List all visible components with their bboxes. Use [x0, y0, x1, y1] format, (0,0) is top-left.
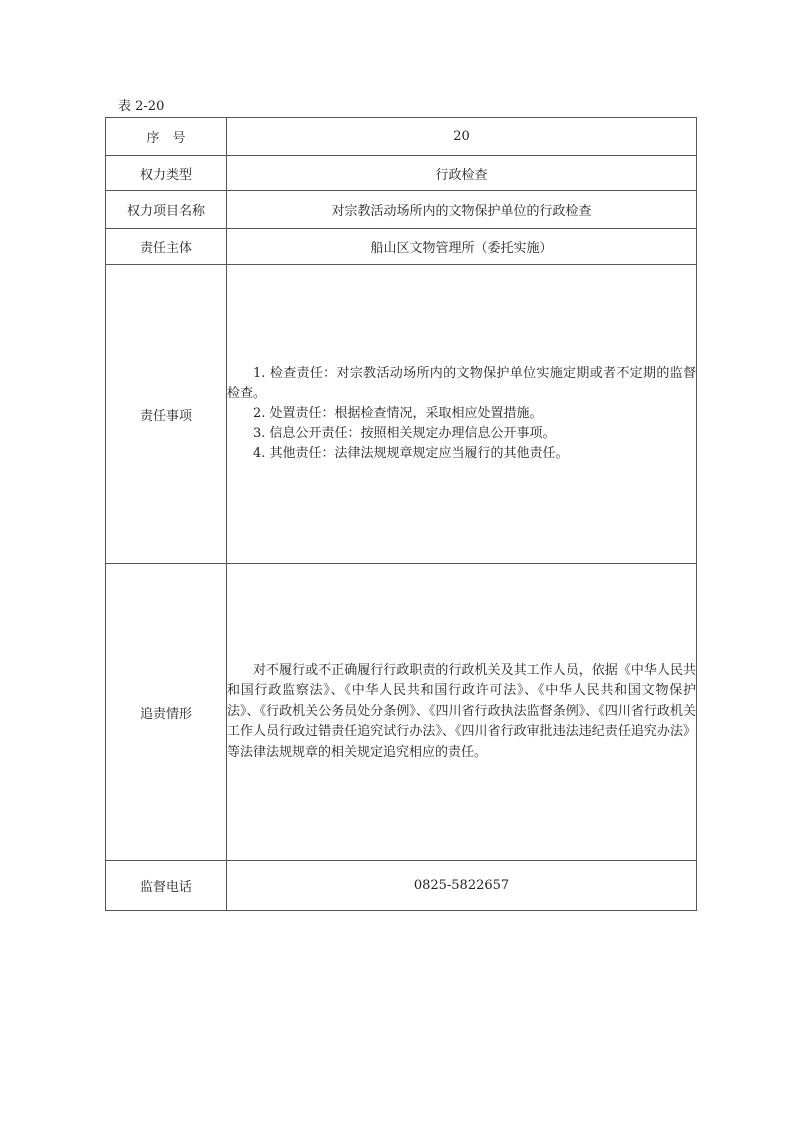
table-row-responsible-body: 责任主体 船山区文物管理所（委托实施） [106, 229, 697, 265]
responsible-body-label: 责任主体 [106, 229, 227, 265]
accountability-text: 对不履行或不正确履行行政职责的行政机关及其工作人员，依据《中华人民共和国行政监察… [227, 661, 696, 764]
power-item-table: 序 号 20 权力类型 行政检查 权力项目名称 对宗教活动场所内的文物保护单位的… [105, 117, 697, 911]
serial-label: 序 号 [106, 118, 227, 156]
responsibility-item: 1. 检查责任：对宗教活动场所内的文物保护单位实施定期或者不定期的监督检查。 [227, 364, 696, 404]
item-name-label: 权力项目名称 [106, 191, 227, 229]
table-row-supervision-phone: 监督电话 0825-5822657 [106, 861, 697, 911]
responsibilities-label: 责任事项 [106, 265, 227, 564]
table-row-power-type: 权力类型 行政检查 [106, 156, 697, 191]
responsibility-item: 2. 处置责任：根据检查情况，采取相应处置措施。 [227, 404, 696, 424]
supervision-phone-value: 0825-5822657 [227, 861, 697, 911]
serial-value: 20 [227, 118, 697, 156]
table-row-accountability: 追责情形 对不履行或不正确履行行政职责的行政机关及其工作人员，依据《中华人民共和… [106, 564, 697, 861]
table-caption: 表 2-20 [118, 99, 164, 115]
power-type-label: 权力类型 [106, 156, 227, 191]
accountability-content: 对不履行或不正确履行行政职责的行政机关及其工作人员，依据《中华人民共和国行政监察… [227, 564, 697, 861]
item-name-value: 对宗教活动场所内的文物保护单位的行政检查 [227, 191, 697, 229]
responsibility-item: 3. 信息公开责任：按照相关规定办理信息公开事项。 [227, 424, 696, 444]
responsible-body-value: 船山区文物管理所（委托实施） [227, 229, 697, 265]
accountability-label: 追责情形 [106, 564, 227, 861]
table-row-item-name: 权力项目名称 对宗教活动场所内的文物保护单位的行政检查 [106, 191, 697, 229]
supervision-phone-label: 监督电话 [106, 861, 227, 911]
table-row-serial: 序 号 20 [106, 118, 697, 156]
responsibilities-content: 1. 检查责任：对宗教活动场所内的文物保护单位实施定期或者不定期的监督检查。 2… [227, 265, 697, 564]
power-type-value: 行政检查 [227, 156, 697, 191]
responsibility-item: 4. 其他责任：法律法规规章规定应当履行的其他责任。 [227, 444, 696, 464]
table-row-responsibilities: 责任事项 1. 检查责任：对宗教活动场所内的文物保护单位实施定期或者不定期的监督… [106, 265, 697, 564]
